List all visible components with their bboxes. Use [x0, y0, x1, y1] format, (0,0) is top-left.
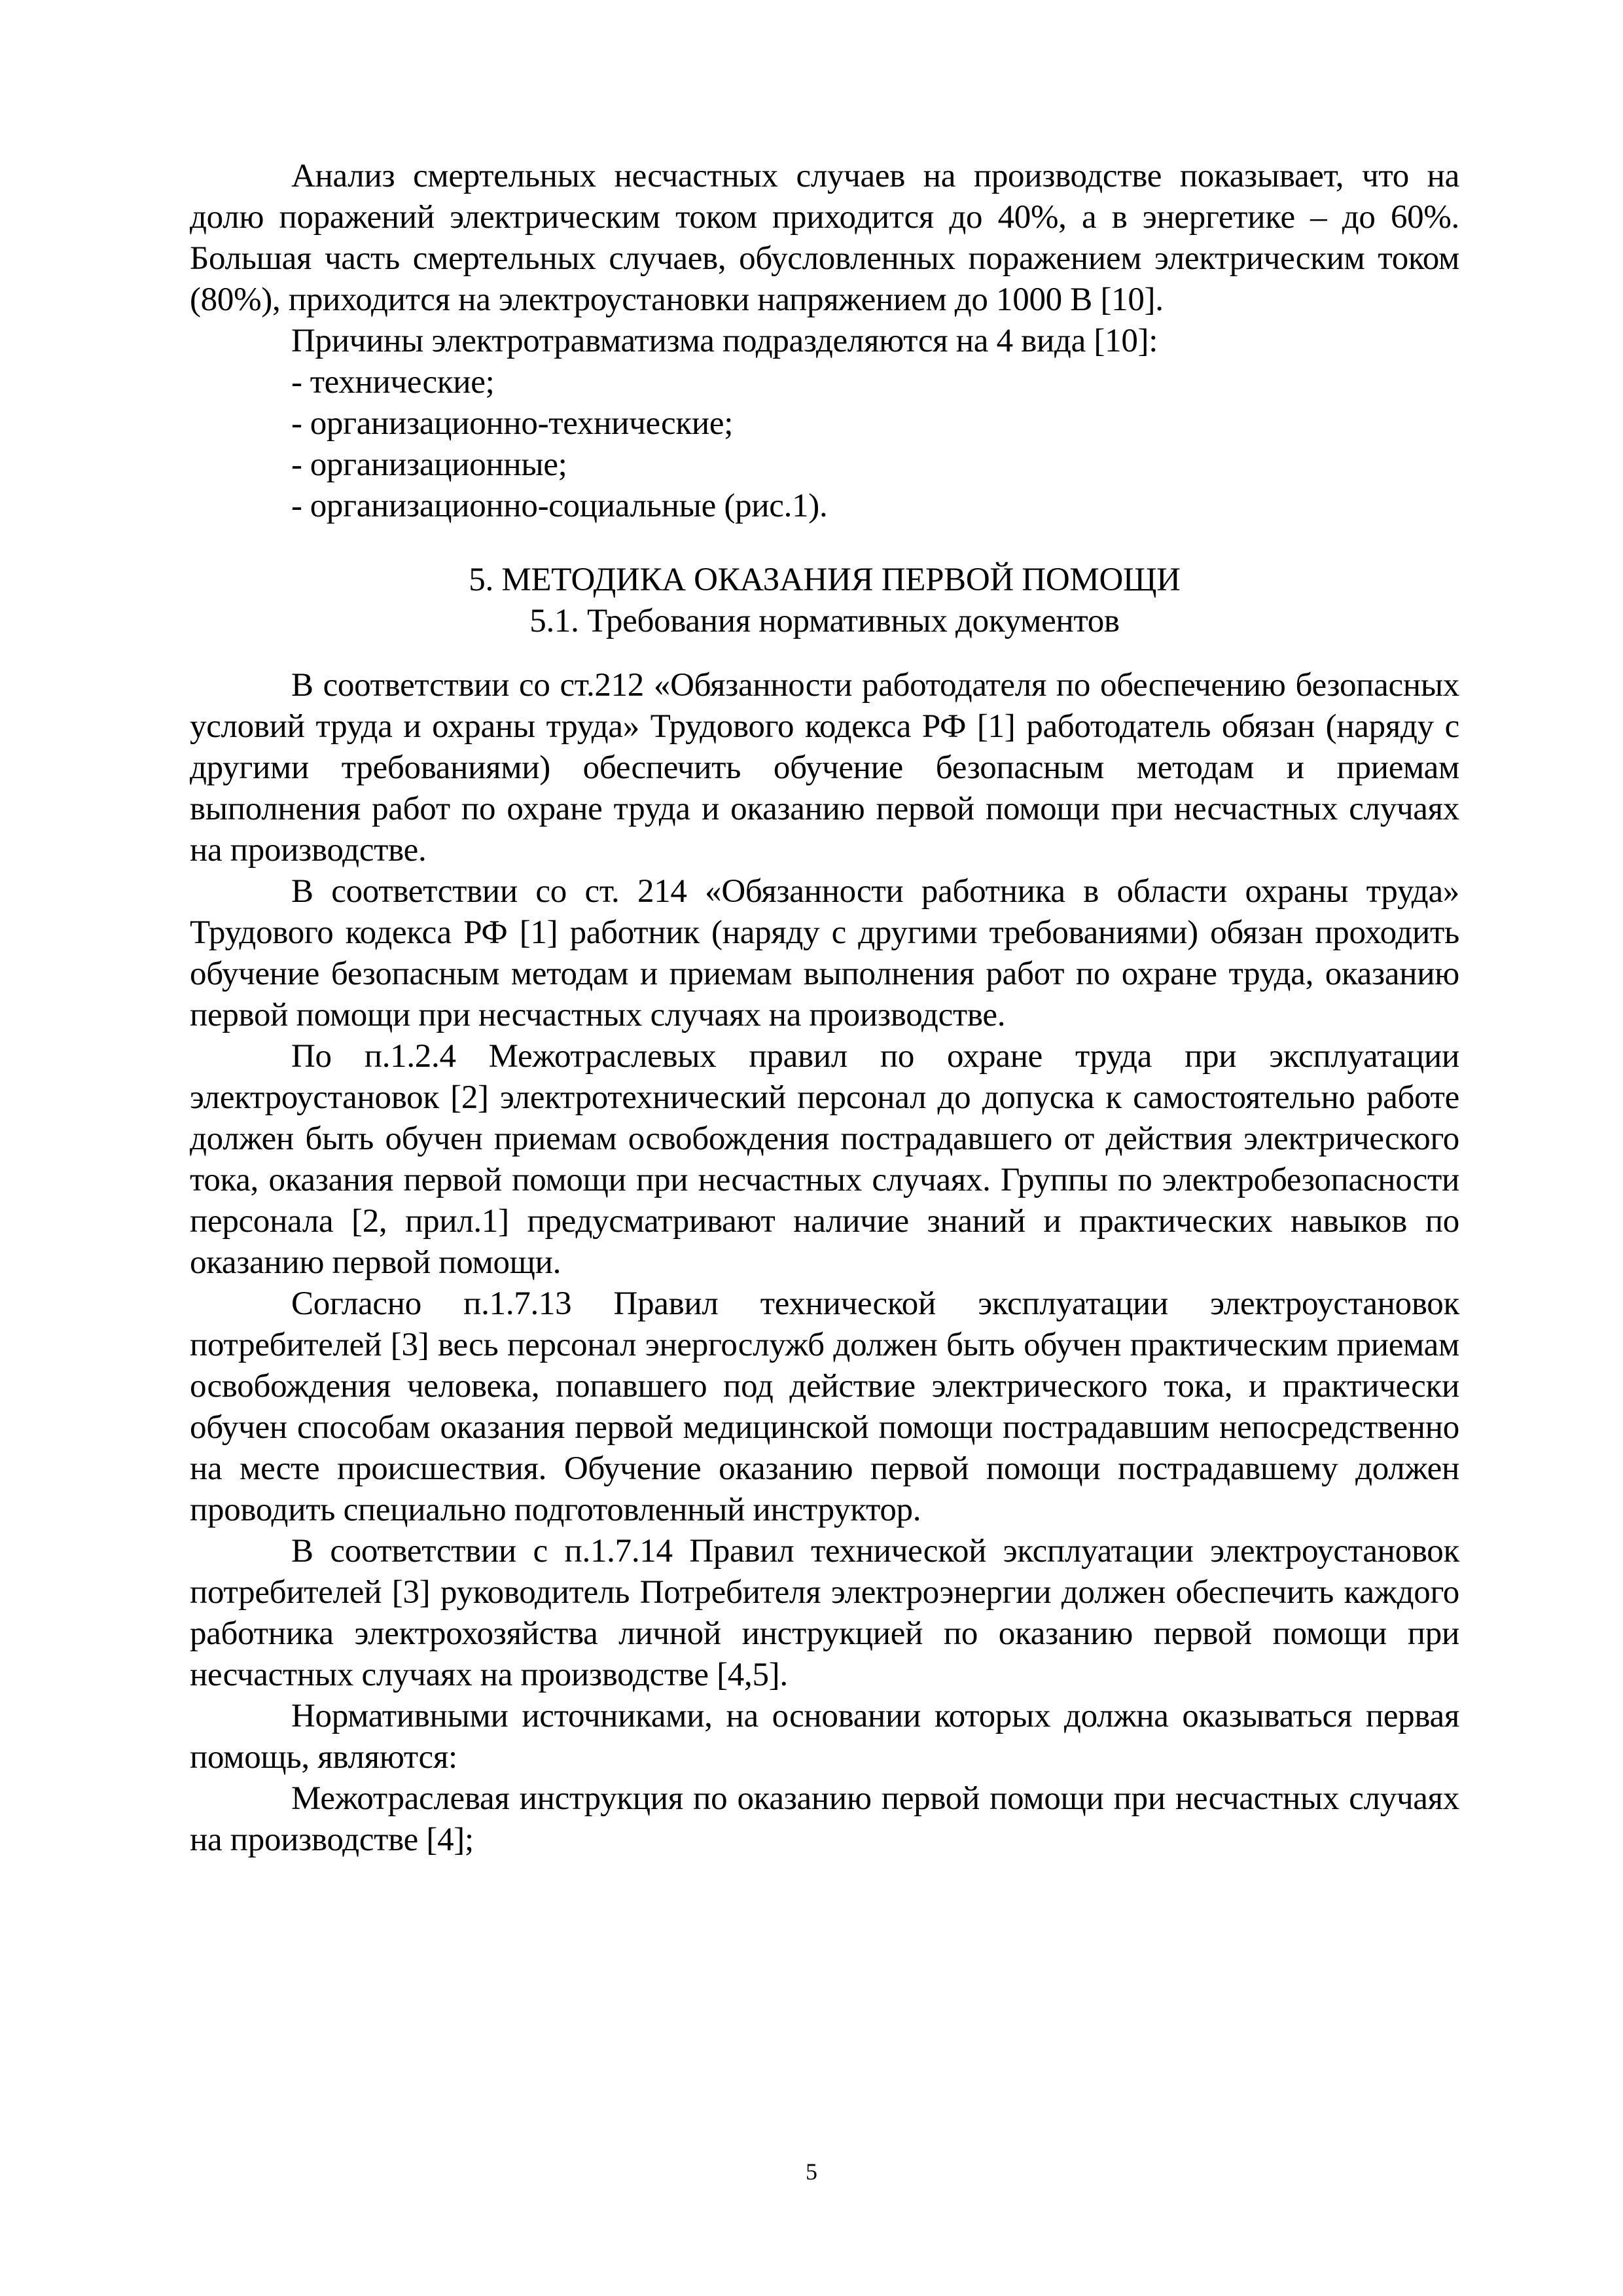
paragraph-ptee-1-7-13: Согласно п.1.7.13 Правил технической экс… [190, 1283, 1459, 1531]
intro-paragraph-causes: Причины электротравматизма подразделяютс… [190, 321, 1459, 362]
paragraph-ptee-1-7-14: В соответствии с п.1.7.14 Правил техниче… [190, 1531, 1459, 1696]
paragraph-intersectoral-rules: По п.1.2.4 Межотраслевых правил по охран… [190, 1036, 1459, 1283]
list-dash: - [291, 446, 302, 483]
list-item-text: организационные; [310, 446, 567, 483]
list-item-organizational: -организационные; [190, 444, 1459, 486]
page-number: 5 [0, 2159, 1623, 2185]
list-dash: - [291, 364, 302, 401]
paragraph-intersectoral-instruction: Межотраслевая инструкция по оказанию пер… [190, 1778, 1459, 1861]
paragraph-labor-code-212: В соответствии со ст.212 «Обязанности ра… [190, 665, 1459, 871]
list-item-org-social: -организационно-социальные (рис.1). [190, 486, 1459, 527]
list-item-text: организационно-технические; [310, 405, 733, 442]
list-dash: - [291, 488, 302, 524]
paragraph-labor-code-214: В соответствии со ст. 214 «Обязанности р… [190, 871, 1459, 1036]
subsection-title: 5.1. Требования нормативных документов [190, 601, 1459, 642]
paragraph-normative-sources: Нормативными источниками, на основании к… [190, 1696, 1459, 1778]
list-item-text: организационно-социальные (рис.1). [310, 488, 828, 524]
document-page: Анализ смертельных несчастных случаев на… [190, 156, 1459, 1861]
section-title: 5. МЕТОДИКА ОКАЗАНИЯ ПЕРВОЙ ПОМОЩИ [190, 560, 1459, 601]
intro-paragraph-statistics: Анализ смертельных несчастных случаев на… [190, 156, 1459, 321]
causes-list: -технические; -организационно-технически… [190, 362, 1459, 527]
list-item-technical: -технические; [190, 362, 1459, 403]
list-item-org-technical: -организационно-технические; [190, 403, 1459, 444]
list-dash: - [291, 405, 302, 442]
list-item-text: технические; [310, 364, 495, 401]
